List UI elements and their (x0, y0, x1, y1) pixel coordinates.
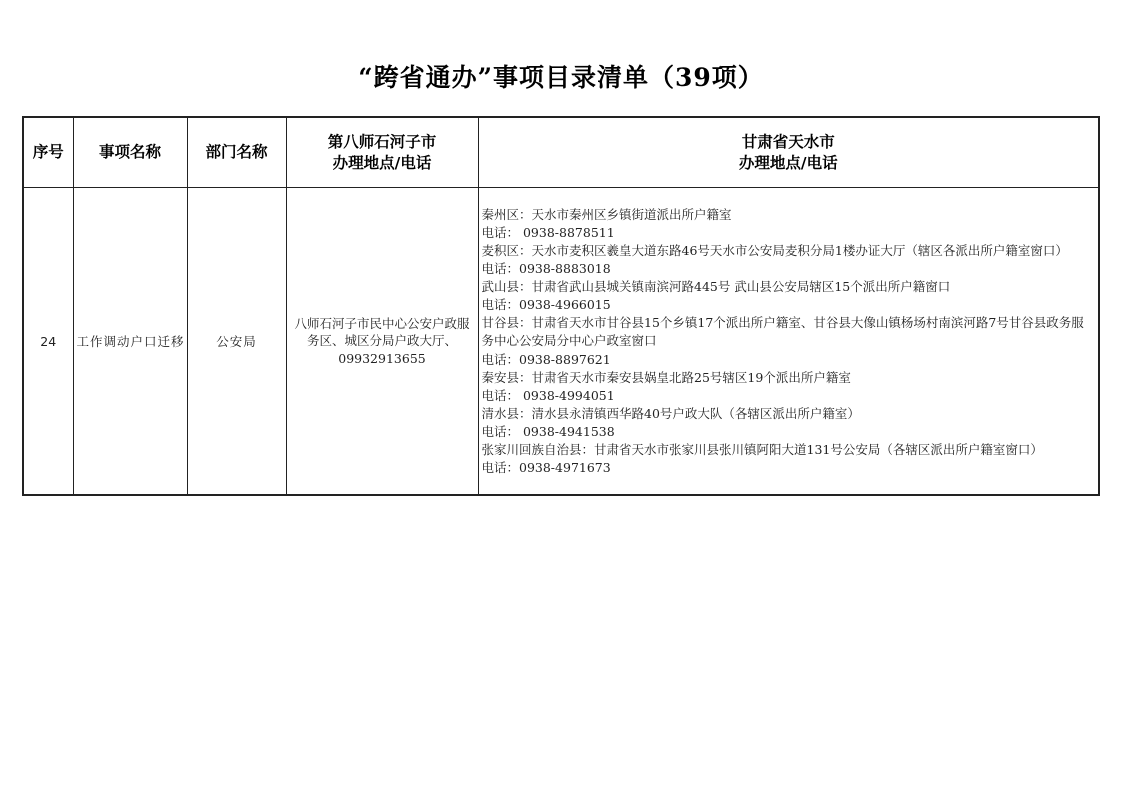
cell-remote-locations: 秦州区：天水市秦州区乡镇街道派出所户籍室 电话： 0938-8878511 麦积… (478, 188, 1099, 496)
header-local-subtitle: 办理地点/电话 (287, 153, 478, 174)
remote-qinan-address: 秦安县：甘肃省天水市秦安县娲皇北路25号辖区19个派出所户籍室 (482, 369, 1096, 387)
header-dept-name: 部门名称 (187, 117, 286, 188)
remote-qinan-phone: 电话： 0938-4994051 (482, 387, 1096, 405)
remote-qinzhou-address: 秦州区：天水市秦州区乡镇街道派出所户籍室 (482, 206, 1096, 224)
header-item-name: 事项名称 (73, 117, 187, 188)
remote-maiji-phone: 电话：0938-8883018 (482, 260, 1096, 278)
remote-qinzhou-phone: 电话： 0938-8878511 (482, 224, 1096, 242)
header-local-location: 第八师石河子市 办理地点/电话 (286, 117, 478, 188)
header-seq: 序号 (23, 117, 73, 188)
cell-seq: 24 (23, 188, 73, 496)
header-remote-subtitle: 办理地点/电话 (479, 153, 1099, 174)
remote-qingshui-address: 清水县：清水县永清镇西华路40号户政大队（各辖区派出所户籍室） (482, 405, 1096, 423)
header-seq-label: 序号 (33, 143, 64, 161)
remote-gangu-address: 甘谷县：甘肃省天水市甘谷县15个乡镇17个派出所户籍室、甘谷县大像山镇杨场村南滨… (482, 314, 1096, 350)
header-local-city: 第八师石河子市 (287, 132, 478, 153)
remote-qingshui-phone: 电话： 0938-4941538 (482, 423, 1096, 441)
header-row: 序号 事项名称 部门名称 第八师石河子市 办理地点/电话 甘肃省天水市 办理地点… (23, 117, 1099, 188)
remote-wushan-address: 武山县：甘肃省武山县城关镇南滨河路445号 武山县公安局辖区15个派出所户籍窗口 (482, 278, 1096, 296)
header-remote-location: 甘肃省天水市 办理地点/电话 (478, 117, 1099, 188)
remote-maiji-address: 麦积区：天水市麦积区羲皇大道东路46号天水市公安局麦积分局1楼办证大厅（辖区各派… (482, 242, 1096, 260)
header-remote-city: 甘肃省天水市 (479, 132, 1099, 153)
cell-item-name: 工作调动户口迁移 (73, 188, 187, 496)
table-row: 24 工作调动户口迁移 公安局 八师石河子市民中心公安户政服务区、城区分局户政大… (23, 188, 1099, 496)
header-dept-name-label: 部门名称 (205, 143, 267, 161)
catalog-table: 序号 事项名称 部门名称 第八师石河子市 办理地点/电话 甘肃省天水市 办理地点… (22, 116, 1100, 496)
page-title: “跨省通办”事项目录清单（39项） (0, 60, 1122, 96)
cell-local-location: 八师石河子市民中心公安户政服务区、城区分局户政大厅、09932913655 (286, 188, 478, 496)
remote-wushan-phone: 电话：0938-4966015 (482, 296, 1096, 314)
header-item-name-label: 事项名称 (99, 143, 161, 161)
remote-zhangjiachuan-address: 张家川回族自治县：甘肃省天水市张家川县张川镇阿阳大道131号公安局（各辖区派出所… (482, 441, 1096, 459)
cell-dept-name: 公安局 (187, 188, 286, 496)
remote-gangu-phone: 电话：0938-8897621 (482, 351, 1096, 369)
remote-zhangjiachuan-phone: 电话：0938-4971673 (482, 459, 1096, 477)
